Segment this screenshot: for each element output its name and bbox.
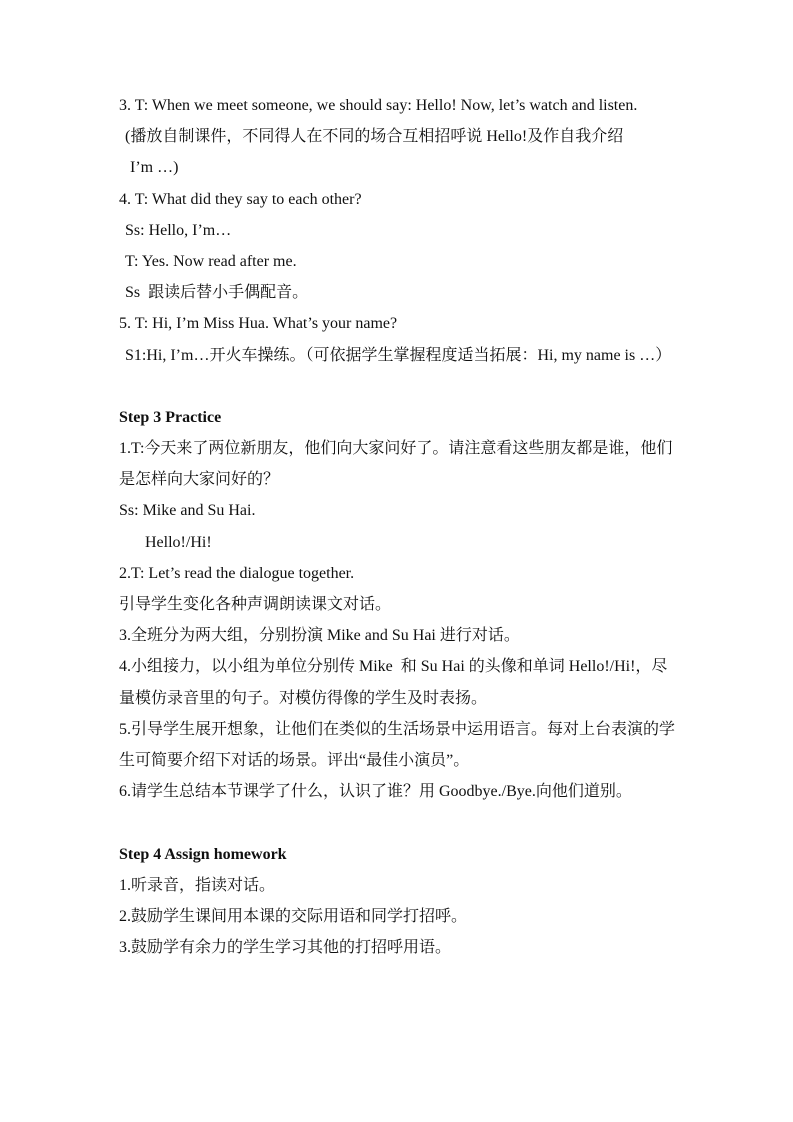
document-line: 4.小组接力，以小组为单位分别传 Mike 和 Su Hai 的头像和单词 He… (119, 651, 719, 682)
document-line: 3.鼓励学有余力的学生学习其他的打招呼用语。 (119, 932, 719, 963)
lesson-plan-text-block: 3. T: When we meet someone, we should sa… (119, 90, 719, 963)
document-line: 4. T: What did they say to each other? (119, 184, 719, 215)
document-line: S1:Hi, I’m…开火车操练。（可依据学生掌握程度适当拓展：Hi, my n… (119, 340, 719, 371)
document-line: 3. T: When we meet someone, we should sa… (119, 90, 719, 121)
document-line: 2.鼓励学生课间用本课的交际用语和同学打招呼。 (119, 901, 719, 932)
document-line: Ss: Hello, I’m… (119, 215, 719, 246)
document-line: 3.全班分为两大组，分别扮演 Mike and Su Hai 进行对话。 (119, 620, 719, 651)
document-line: 1.听录音，指读对话。 (119, 870, 719, 901)
document-line: T: Yes. Now read after me. (119, 246, 719, 277)
document-line: (播放自制课件，不同得人在不同的场合互相招呼说 Hello!及作自我介绍 (119, 121, 719, 152)
document-line: I’m …) (119, 152, 719, 183)
blank-line (119, 371, 719, 402)
step-3-heading: Step 3 Practice (119, 402, 719, 433)
document-line: 5.引导学生展开想象，让他们在类似的生活场景中运用语言。每对上台表演的学 (119, 714, 719, 745)
document-line: 2.T: Let’s read the dialogue together. (119, 558, 719, 589)
blank-line (119, 807, 719, 838)
document-line: 5. T: Hi, I’m Miss Hua. What’s your name… (119, 308, 719, 339)
document-line: 引导学生变化各种声调朗读课文对话。 (119, 589, 719, 620)
step-4-heading: Step 4 Assign homework (119, 839, 719, 870)
document-line: Ss: Mike and Su Hai. (119, 495, 719, 526)
document-line: 是怎样向大家问好的？ (119, 464, 719, 495)
document-line: 量模仿录音里的句子。对模仿得像的学生及时表扬。 (119, 683, 719, 714)
document-line: Hello!/Hi! (119, 527, 719, 558)
document-line: 生可简要介绍下对话的场景。评出“最佳小演员”。 (119, 745, 719, 776)
document-line: 6.请学生总结本节课学了什么，认识了谁？用 Goodbye./Bye.向他们道别… (119, 776, 719, 807)
document-line: Ss 跟读后替小手偶配音。 (119, 277, 719, 308)
document-page: 3. T: When we meet someone, we should sa… (0, 0, 793, 1122)
document-line: 1.T:今天来了两位新朋友，他们向大家问好了。请注意看这些朋友都是谁，他们 (119, 433, 719, 464)
